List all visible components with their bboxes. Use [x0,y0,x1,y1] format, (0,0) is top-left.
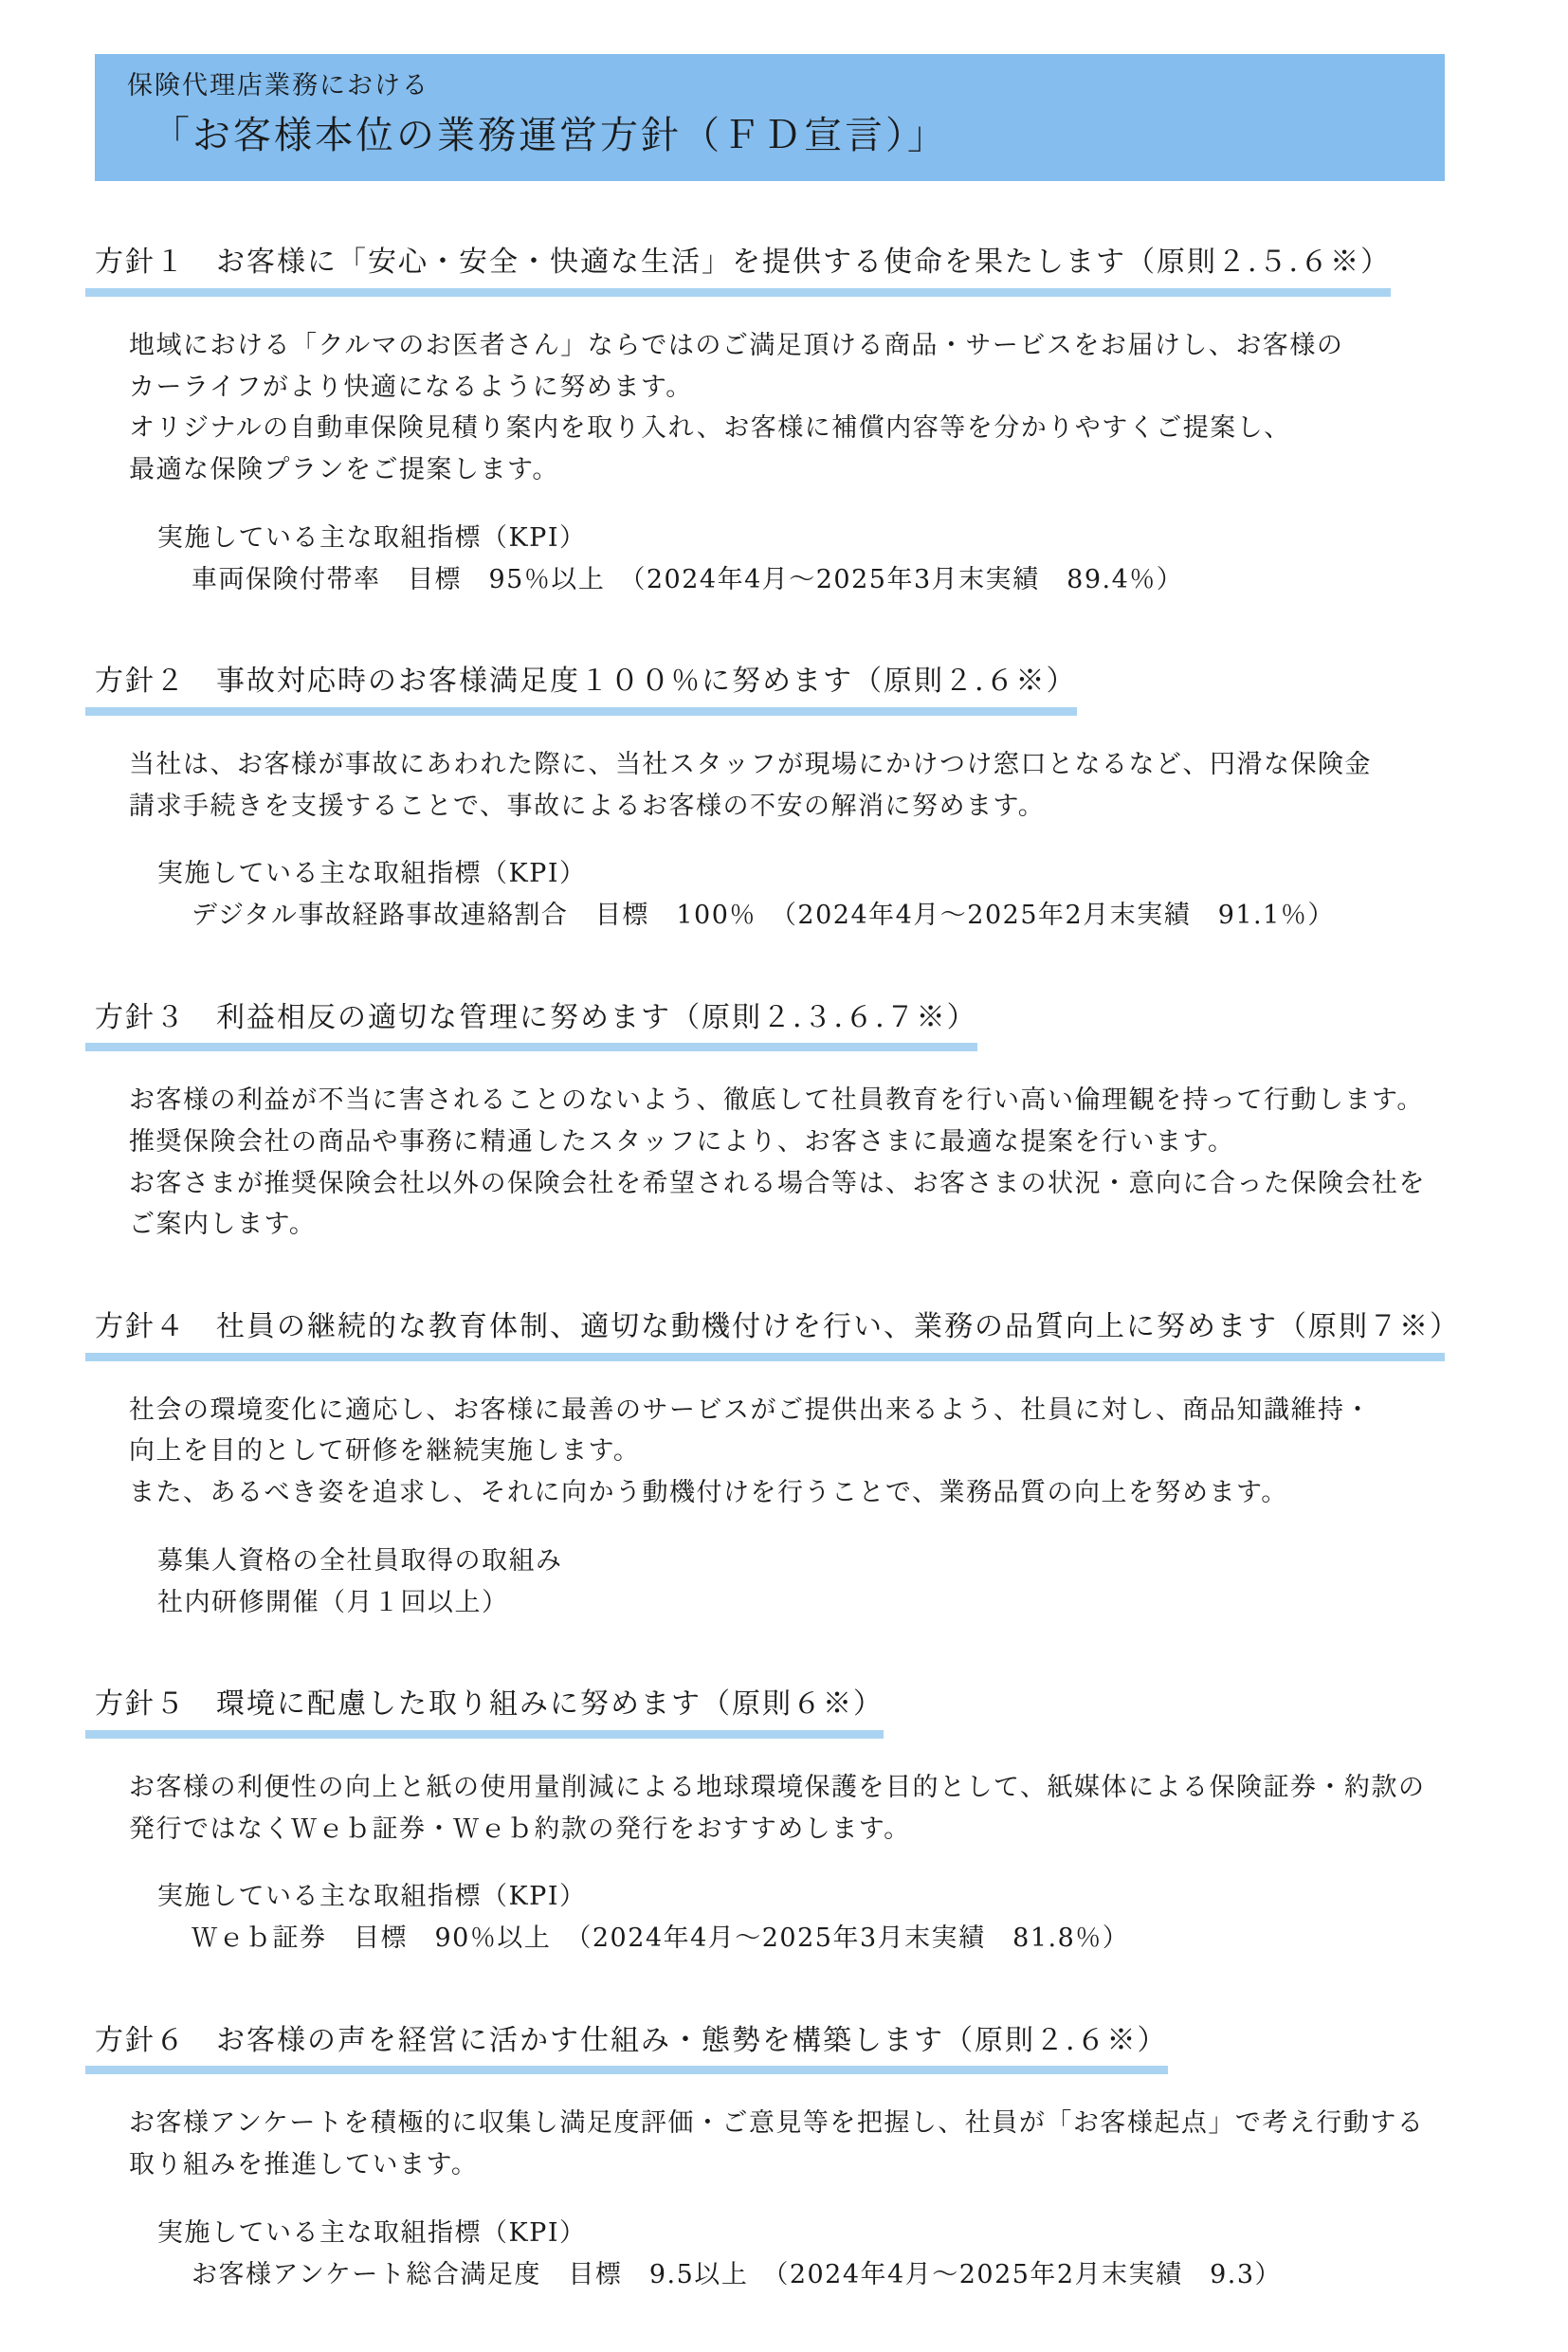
policy-5-body-line: 発行ではなくＷｅｂ証券・Ｗｅｂ約款の発行をおすすめします。 [129,1809,1445,1851]
document-header-subtitle: 保険代理店業務における [127,69,1426,103]
policy-6-kpi: 実施している主な取組指標（KPI） お客様アンケート総合満足度 目標 9.5以上… [95,2213,1445,2295]
policy-section-6: 方針６ お客様の声を経営に活かす仕組み・態勢を構築します（原則２.６※） お客様… [95,2022,1445,2295]
fd-declaration-document: 保険代理店業務における 「お客様本位の業務運営方針（ＦＤ宣言）」 方針１ お客様… [0,0,1568,2352]
policy-4-body-line: また、あるべき姿を追求し、それに向かう動機付けを行うことで、業務品質の向上を努め… [129,1472,1445,1514]
kpi-value-line: お客様アンケート総合満足度 目標 9.5以上 （2024年4月～2025年2月末… [157,2254,1445,2296]
policy-1-body-line: オリジナルの自動車保険見積り案内を取り入れ、お客様に補償内容等を分かりやすくご提… [129,408,1445,449]
policy-5-kpi: 実施している主な取組指標（KPI） Ｗｅｂ証券 目標 90％以上 （2024年4… [95,1876,1445,1959]
policy-2-underline [85,707,1077,716]
policy-4-underline [85,1353,1445,1361]
policy-2-kpi: 実施している主な取組指標（KPI） デジタル事故経路事故連絡割合 目標 100％… [95,853,1445,936]
policy-3-body-line: お客さまが推奨保険会社以外の保険会社を希望される場合等は、お客さまの状況・意向に… [129,1163,1445,1205]
policy-5-heading: 方針５ 環境に配慮した取り組みに努めます（原則６※） [95,1686,884,1724]
kpi-value-line: Ｗｅｂ証券 目標 90％以上 （2024年4月～2025年3月末実績 81.8％… [157,1918,1445,1960]
policy-6-heading: 方針６ お客様の声を経営に活かす仕組み・態勢を構築します（原則２.６※） [95,2022,1168,2061]
policy-1-body-line: 地域における「クルマのお医者さん」ならではのご満足頂ける商品・サービスをお届けし… [129,325,1445,367]
kpi-title: 実施している主な取組指標（KPI） [157,518,1445,559]
kpi-value-line: 車両保険付帯率 目標 95％以上 （2024年4月～2025年3月末実績 89.… [157,559,1445,601]
kpi-value-line: デジタル事故経路事故連絡割合 目標 100％ （2024年4月～2025年2月末… [157,895,1445,937]
policy-5-underline [85,1730,884,1739]
policy-section-2: 方針２ 事故対応時のお客様満足度１００％に努めます（原則２.６※） 当社は、お客… [95,663,1445,936]
kpi-title: 実施している主な取組指標（KPI） [157,1876,1445,1918]
policy-2-heading-block: 方針２ 事故対応時のお客様満足度１００％に努めます（原則２.６※） [95,663,1077,716]
note-line: 社内研修開催（月１回以上） [157,1582,1445,1624]
policy-3-body-line: ご案内します。 [129,1204,1445,1246]
policy-3-body: お客様の利益が不当に害されることのないよう、徹底して社員教育を行い高い倫理観を持… [95,1080,1445,1246]
policy-1-body-line: 最適な保険プランをご提案します。 [129,449,1445,491]
policy-1-body: 地域における「クルマのお医者さん」ならではのご満足頂ける商品・サービスをお届けし… [95,325,1445,491]
policy-section-1: 方針１ お客様に「安心・安全・快適な生活」を提供する使命を果たします（原則２.５… [95,244,1445,600]
policy-5-body: お客様の利便性の向上と紙の使用量削減による地球環境保護を目的として、紙媒体による… [95,1767,1445,1850]
policy-section-3: 方針３ 利益相反の適切な管理に努めます（原則２.３.６.７※） お客様の利益が不… [95,999,1445,1246]
policy-6-heading-block: 方針６ お客様の声を経営に活かす仕組み・態勢を構築します（原則２.６※） [95,2022,1168,2075]
policy-3-underline [85,1043,977,1051]
policy-1-underline [85,288,1391,297]
document-header-banner: 保険代理店業務における 「お客様本位の業務運営方針（ＦＤ宣言）」 [95,54,1445,181]
policy-3-body-line: 推奨保険会社の商品や事務に精通したスタッフにより、お客さまに最適な提案を行います… [129,1121,1445,1163]
policy-2-body-line: 請求手続きを支援することで、事故によるお客様の不安の解消に努めます。 [129,786,1445,828]
policy-5-body-line: お客様の利便性の向上と紙の使用量削減による地球環境保護を目的として、紙媒体による… [129,1767,1445,1809]
policy-2-body-line: 当社は、お客様が事故にあわれた際に、当社スタッフが現場にかけつけ窓口となるなど、… [129,744,1445,786]
policy-6-body-line: お客様アンケートを積極的に収集し満足度評価・ご意見等を把握し、社員が「お客様起点… [129,2103,1445,2144]
policy-2-body: 当社は、お客様が事故にあわれた際に、当社スタッフが現場にかけつけ窓口となるなど、… [95,744,1445,827]
policy-1-heading-block: 方針１ お客様に「安心・安全・快適な生活」を提供する使命を果たします（原則２.５… [95,244,1391,297]
policy-4-heading: 方針４ 社員の継続的な教育体制、適切な動機付けを行い、業務の品質向上に努めます（… [95,1308,1445,1347]
policy-4-notes: 募集人資格の全社員取得の取組み 社内研修開催（月１回以上） [95,1541,1445,1623]
note-line: 募集人資格の全社員取得の取組み [157,1541,1445,1582]
policy-1-heading: 方針１ お客様に「安心・安全・快適な生活」を提供する使命を果たします（原則２.５… [95,244,1391,283]
kpi-title: 実施している主な取組指標（KPI） [157,2213,1445,2254]
policy-1-body-line: カーライフがより快適になるように努めます。 [129,367,1445,409]
policy-3-body-line: お客様の利益が不当に害されることのないよう、徹底して社員教育を行い高い倫理観を持… [129,1080,1445,1121]
policy-4-body: 社会の環境変化に適応し、お客様に最善のサービスがご提供出来るよう、社員に対し、商… [95,1390,1445,1514]
policy-6-body: お客様アンケートを積極的に収集し満足度評価・ご意見等を把握し、社員が「お客様起点… [95,2103,1445,2185]
policy-6-underline [85,2066,1168,2074]
policy-2-heading: 方針２ 事故対応時のお客様満足度１００％に努めます（原則２.６※） [95,663,1077,702]
policy-4-body-line: 向上を目的として研修を継続実施します。 [129,1431,1445,1472]
policy-4-heading-block: 方針４ 社員の継続的な教育体制、適切な動機付けを行い、業務の品質向上に努めます（… [95,1308,1445,1361]
policy-section-4: 方針４ 社員の継続的な教育体制、適切な動機付けを行い、業務の品質向上に努めます（… [95,1308,1445,1623]
policy-6-body-line: 取り組みを推進しています。 [129,2144,1445,2186]
policy-section-5: 方針５ 環境に配慮した取り組みに努めます（原則６※） お客様の利便性の向上と紙の… [95,1686,1445,1959]
policy-4-body-line: 社会の環境変化に適応し、お客様に最善のサービスがご提供出来るよう、社員に対し、商… [129,1390,1445,1431]
policy-5-heading-block: 方針５ 環境に配慮した取り組みに努めます（原則６※） [95,1686,884,1739]
policy-3-heading-block: 方針３ 利益相反の適切な管理に努めます（原則２.３.６.７※） [95,999,977,1052]
policy-3-heading: 方針３ 利益相反の適切な管理に努めます（原則２.３.６.７※） [95,999,977,1038]
policy-1-kpi: 実施している主な取組指標（KPI） 車両保険付帯率 目標 95％以上 （2024… [95,518,1445,600]
kpi-title: 実施している主な取組指標（KPI） [157,853,1445,895]
document-title: 「お客様本位の業務運営方針（ＦＤ宣言）」 [127,111,1426,160]
